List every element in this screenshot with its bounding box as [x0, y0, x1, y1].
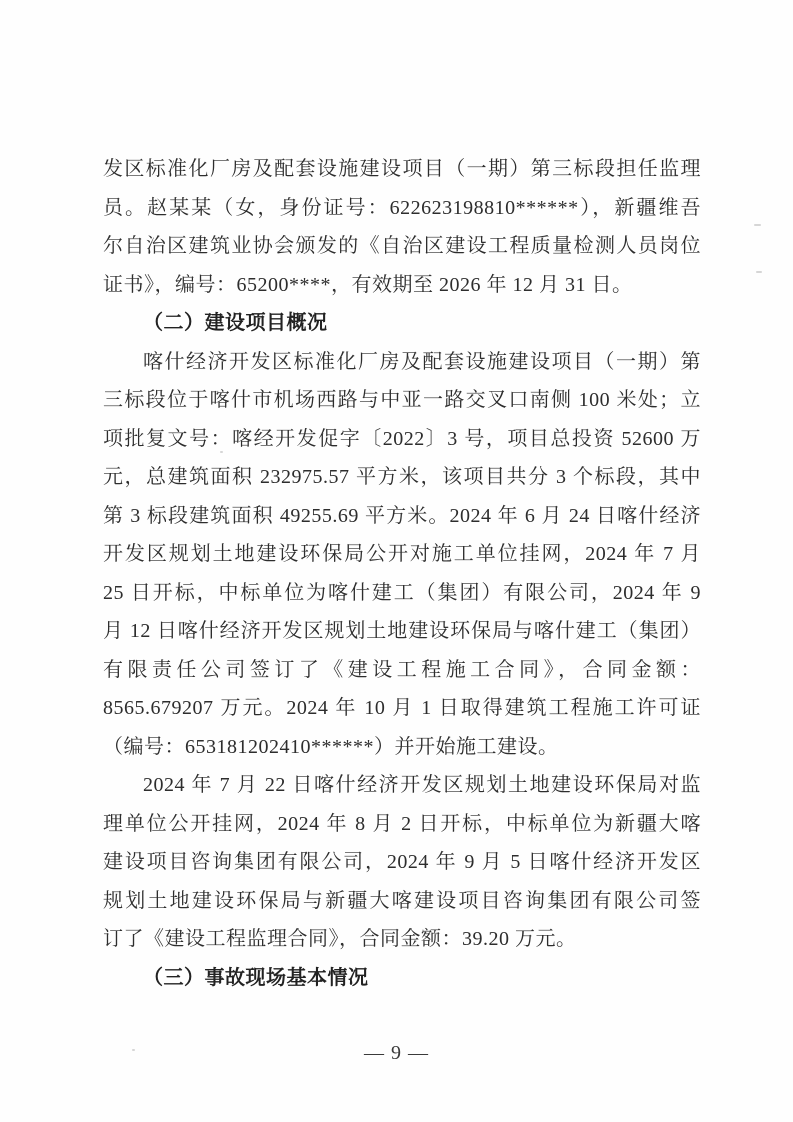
document-page: 发区标准化厂房及配套设施建设项目（一期）第三标段担任监理 员。赵某某（女，身份证… [0, 0, 793, 1122]
text-line: 开发区规划土地建设环保局公开对施工单位挂网，2024 年 7 月 [103, 535, 701, 574]
text-line: 三标段位于喀什市机场西路与中亚一路交叉口南侧 100 米处；立 [103, 381, 701, 420]
text-line: 喀什经济开发区标准化厂房及配套设施建设项目（一期）第 [103, 343, 701, 382]
text-line: 建设项目咨询集团有限公司，2024 年 9 月 5 日喀什经济开发区 [103, 843, 701, 882]
page-footer: — 9 — [0, 1042, 793, 1065]
text-line: 元，总建筑面积 232975.57 平方米，该项目共分 3 个标段，其中 [103, 458, 701, 497]
text-line: （编号：653181202410******）并开始施工建设。 [103, 728, 701, 767]
heading-section-2: （二）建设项目概况 [103, 304, 701, 343]
text-line: 证书》，编号：65200****，有效期至 2026 年 12 月 31 日。 [103, 266, 701, 305]
text-line: 第 3 标段建筑面积 49255.69 平方米。2024 年 6 月 24 日喀… [103, 497, 701, 536]
text-line: 订了《建设工程监理合同》，合同金额：39.20 万元。 [103, 920, 701, 959]
text-line: 发区标准化厂房及配套设施建设项目（一期）第三标段担任监理 [103, 150, 701, 189]
scan-speck [220, 451, 223, 453]
page-number: — 9 — [364, 1042, 429, 1064]
text-line: 25 日开标，中标单位为喀什建工（集团）有限公司，2024 年 9 [103, 574, 701, 613]
scan-speck [504, 589, 507, 591]
scan-speck [756, 271, 762, 273]
text-line: 月 12 日喀什经济开发区规划土地建设环保局与喀什建工（集团） [103, 612, 701, 651]
text-line: 项批复文号：喀经开发促字〔2022〕3 号，项目总投资 52600 万 [103, 420, 701, 459]
scan-speck [754, 224, 761, 226]
heading-section-3: （三）事故现场基本情况 [103, 959, 701, 998]
text-line: 尔自治区建筑业协会颁发的《自治区建设工程质量检测人员岗位 [103, 227, 701, 266]
scan-speck [132, 1049, 135, 1051]
text-line: 有限责任公司签订了《建设工程施工合同》，合同金额： [103, 651, 701, 690]
text-line: 2024 年 7 月 22 日喀什经济开发区规划土地建设环保局对监 [103, 766, 701, 805]
text-line: 理单位公开挂网，2024 年 8 月 2 日开标，中标单位为新疆大喀 [103, 805, 701, 844]
text-line: 规划土地建设环保局与新疆大喀建设项目咨询集团有限公司签 [103, 882, 701, 921]
report-body: 发区标准化厂房及配套设施建设项目（一期）第三标段担任监理 员。赵某某（女，身份证… [103, 150, 701, 997]
text-line: 8565.679207 万元。2024 年 10 月 1 日取得建筑工程施工许可… [103, 689, 701, 728]
text-line: 员。赵某某（女，身份证号：622623198810******），新疆维吾 [103, 189, 701, 228]
